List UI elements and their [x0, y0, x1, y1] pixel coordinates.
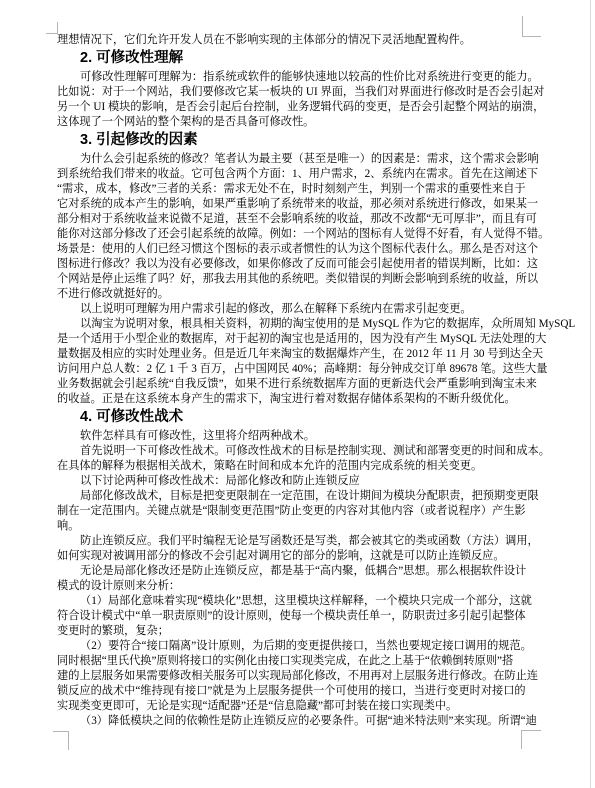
paragraph: 以淘宝为说明对象，根具相关资料，初期的淘宝使用的是 MySQL 作为它的数据库，…: [57, 317, 543, 407]
section-heading: 2. 可修改性理解: [57, 50, 543, 67]
paragraph: 理想情况下，它们允许开发人员在不影响实现的主体部分的情况下灵活地配置构件。: [57, 33, 543, 48]
text-line: 可修改性理解可理解为：指系统或软件的能够快速地以较高的性价比对系统进行变更的能力…: [57, 70, 543, 85]
text-line: 实现类变更即可，无论是实现“适配器”还是“信息隐藏”都可封装在接口实现类中。: [57, 699, 543, 714]
margin-mark-bottom-left-icon: [53, 731, 69, 750]
text-line: 以上说明可理解为用户需求引起的修改，那么在解释下系统内在需求引起变更。: [57, 302, 543, 317]
text-line: 无论是局部化修改还是防止连锁反应，都是基于“高内聚，低耦合”思想。那么根据软件设…: [57, 564, 543, 579]
text-line: 首先说明一下可修改性战术。可修改性战术的目标是控制实现、测试和部署变更的时间和成…: [57, 444, 543, 459]
text-line: 个网站是停止运维了吗？好，那我去用其他的系统吧。类似错误的判断会影响到系统的收益…: [57, 272, 543, 287]
text-line: （3）降低模块之间的依赖性是防止连锁反应的必要条件。可据“迪米特法则”来实现。所…: [57, 714, 543, 729]
text-line: 图标进行修改？我以为没有必要修改，如果你修改了反而可能会引起使用者的错误判断，比…: [57, 257, 543, 272]
text-line: 这体现了一个网站的整个架构的是否具备可修改性。: [57, 115, 543, 130]
text-line: 它对系统的成本产生的影响，如果严重影响了系统带来的收益，那必须对系统进行修改，如…: [57, 197, 543, 212]
text-line: 在具体的解释为根据相关战术，策略在时间和成本允许的范围内完成系统的相关变更。: [57, 459, 543, 474]
paragraph: 防止连锁反应。我们平时编程无论是写函数还是写类，都会被其它的类或函数（方法）调用…: [57, 534, 543, 564]
text-line: （1）局部化意味着实现“模块化”思想，这里模块这样解释，一个模块只完成一个部分，…: [57, 594, 543, 609]
text-line: 量数据及相应的实时处理业务。但是近几年来淘宝的数据爆炸产生，在 2012 年 1…: [57, 347, 543, 362]
text-line: 的收益。正是在这系统本身产生的需求下，淘宝进行着对数据存储体系架构的不断升级优化…: [57, 392, 543, 407]
text-line: 如何实现对被调用部分的修改不会引起对调用它的部分的影响，这就是可以防止连锁反应。: [57, 549, 543, 564]
text-line: 理想情况下，它们允许开发人员在不影响实现的主体部分的情况下灵活地配置构件。: [57, 33, 543, 48]
text-line: “需求，成本，修改”三者的关系：需求无处不在，时时刻刻产生，判别一个需求的重要性…: [57, 182, 543, 197]
text-line: 不进行修改就挺好的。: [57, 287, 543, 302]
page: 理想情况下，它们允许开发人员在不影响实现的主体部分的情况下灵活地配置构件。2. …: [0, 0, 595, 788]
text-line: 为什么会引起系统的修改？笔者认为最主要（甚至是唯一）的因素是：需求，这个需求会影…: [57, 152, 543, 167]
text-line: 同时根据“里氏代换”原则将接口的实例化由接口实现类完成，在此之上基于“依赖倒转原…: [57, 654, 543, 669]
section-heading: 3. 引起修改的因素: [57, 132, 543, 149]
text-line: 锁反应的战术中“维持现有接口”就是为上层服务提供一个可使用的接口，当进行变更时对…: [57, 684, 543, 699]
text-line: 访问用户总人数：2 亿 1 千 3 百万，占中国网民 40%；高峰期：每分钟成交…: [57, 362, 543, 377]
text-line: 是一个适用于小型企业的数据库，对于起初的淘宝也是适用的，因为没有产生 MySQL…: [57, 332, 543, 347]
paragraph: 局部化修改战术，目标是把变更限制在一定范围，在设计期间为模块分配职责，把预期变更…: [57, 489, 543, 534]
paragraph: （2）要符合“接口隔离”设计原则，为后期的变更提供接口，当然也要规定接口调用的规…: [57, 639, 543, 714]
document-page: { "page": { "background_color": "#ffffff…: [0, 0, 595, 788]
text-line: （2）要符合“接口隔离”设计原则，为后期的变更提供接口，当然也要规定接口调用的规…: [57, 639, 543, 654]
paragraph: 为什么会引起系统的修改？笔者认为最主要（甚至是唯一）的因素是：需求，这个需求会影…: [57, 152, 543, 302]
text-line: 建的上层服务如果需要修改相关服务可以实现局部化修改，不用再对上层服务进行修改。在…: [57, 669, 543, 684]
paragraph: （3）降低模块之间的依赖性是防止连锁反应的必要条件。可据“迪米特法则”来实现。所…: [57, 714, 543, 729]
text-line: 部分相对于系统收益来说微不足道，甚至不会影响系统的收益，那改不改都“无可厚非”，…: [57, 212, 543, 227]
paragraph: 首先说明一下可修改性战术。可修改性战术的目标是控制实现、测试和部署变更的时间和成…: [57, 444, 543, 474]
margin-mark-bottom-right-icon: [521, 730, 541, 749]
text-line: 变更时的繁琐，复杂；: [57, 624, 543, 639]
text-line: 制在一定范围内。关键点就是“限制变更范围”防止变更的内容对其他内容（或者说程序）…: [57, 504, 543, 519]
paragraph: 无论是局部化修改还是防止连锁反应，都是基于“高内聚，低耦合”思想。那么根据软件设…: [57, 564, 543, 594]
text-line: 软件怎样具有可修改性，这里将介绍两种战术。: [57, 429, 543, 444]
page-edge-line: [590, 0, 591, 788]
text-line: 另一个 UI 模块的影响，是否会引起后台控制，业务逻辑代码的变更，是否会引起整个…: [57, 100, 543, 115]
paragraph: 软件怎样具有可修改性，这里将介绍两种战术。: [57, 429, 543, 444]
text-line: 业务数据就会引起系统“自我反馈”，如果不进行系统数据库方面的更新迭代会严重影响到…: [57, 377, 543, 392]
text-line: 防止连锁反应。我们平时编程无论是写函数还是写类，都会被其它的类或函数（方法）调用…: [57, 534, 543, 549]
text-line: 以淘宝为说明对象，根具相关资料，初期的淘宝使用的是 MySQL 作为它的数据库，…: [57, 317, 543, 332]
text-line: 到系统给我们带来的收益。它可包含两个方面：1、用户需求，2、系统内在需求。首先在…: [57, 167, 543, 182]
text-line: 模式的设计原则来分析：: [57, 579, 543, 594]
text-line: 比如说：对于一个网站，我们要修改它某一板块的 UI 界面，当我们对界面进行修改时…: [57, 85, 543, 100]
text-line: 能你对这部分修改了还会引起系统的故障。例如：一个网站的图标有人觉得不好看，有人觉…: [57, 227, 543, 242]
paragraph: 以下讨论两种可修改性战术：局部化修改和防止连锁反应: [57, 474, 543, 489]
section-heading: 4. 可修改性战术: [57, 409, 543, 426]
paragraph: 可修改性理解可理解为：指系统或软件的能够快速地以较高的性价比对系统进行变更的能力…: [57, 70, 543, 130]
text-line: 符合设计模式中“单一职责原则”的设计原则，使每一个模块责任单一，防职责过多引起引…: [57, 609, 543, 624]
paragraph: 以上说明可理解为用户需求引起的修改，那么在解释下系统内在需求引起变更。: [57, 302, 543, 317]
text-line: 局部化修改战术，目标是把变更限制在一定范围，在设计期间为模块分配职责，把预期变更…: [57, 489, 543, 504]
text-line: 以下讨论两种可修改性战术：局部化修改和防止连锁反应: [57, 474, 543, 489]
text-line: 响。: [57, 519, 543, 534]
paragraph: （1）局部化意味着实现“模块化”思想，这里模块这样解释，一个模块只完成一个部分，…: [57, 594, 543, 639]
document-content: 理想情况下，它们允许开发人员在不影响实现的主体部分的情况下灵活地配置构件。2. …: [57, 33, 543, 729]
text-line: 场景是：使用的人们已经习惯这个图标的表示或者惯性的认为这个图标代表什么。那么是否…: [57, 242, 543, 257]
